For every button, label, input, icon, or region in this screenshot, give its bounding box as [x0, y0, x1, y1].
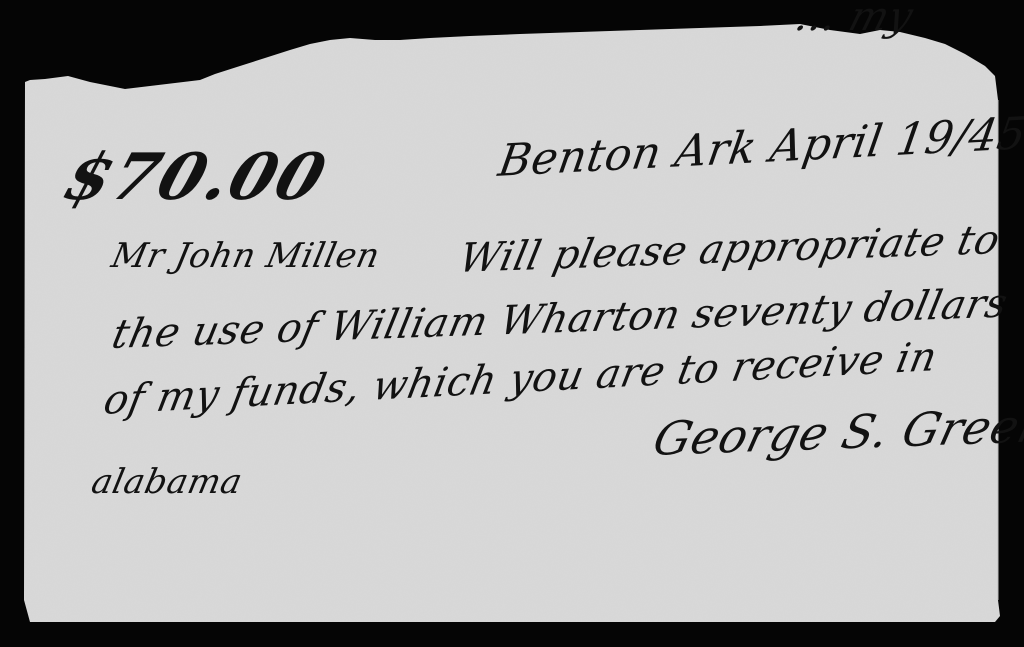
amount: $70.00 [55, 140, 336, 215]
top-text-fragment: … my [790, 0, 918, 40]
body-line-4: alabama [88, 462, 246, 502]
addressee: Mr John Millen [108, 236, 384, 276]
document-paper: … my $70.00 Benton Ark April 19/45 Mr Jo… [0, 0, 1024, 647]
